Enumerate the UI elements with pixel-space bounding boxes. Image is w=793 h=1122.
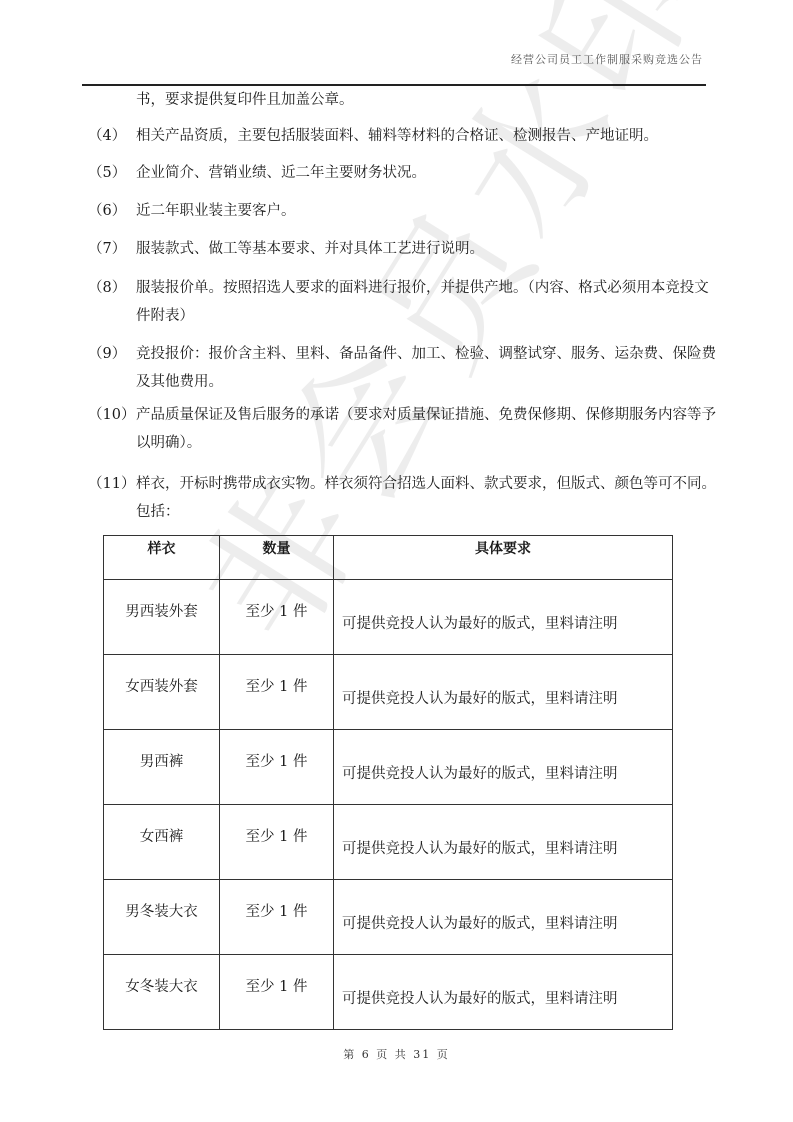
table-row: 女西裤 至少 1 件 可提供竞投人认为最好的版式，里料请注明: [104, 805, 673, 880]
cell-requirement: 可提供竞投人认为最好的版式，里料请注明: [334, 805, 673, 880]
cell-sample: 男冬装大衣: [104, 880, 220, 955]
item-number: （4）: [88, 122, 138, 150]
cell-sample: 女西裤: [104, 805, 220, 880]
table-row: 女西装外套 至少 1 件 可提供竞投人认为最好的版式，里料请注明: [104, 655, 673, 730]
list-item: （6） 近二年职业装主要客户。: [88, 197, 718, 225]
list-item: （8） 服装报价单。按照招选人要求的面料进行报价，并提供产地。（内容、格式必须用…: [88, 274, 718, 330]
cell-quantity: 至少 1 件: [220, 730, 334, 805]
item-number: （8）: [88, 274, 138, 302]
cell-requirement: 可提供竞投人认为最好的版式，里料请注明: [334, 655, 673, 730]
cell-sample: 女冬装大衣: [104, 955, 220, 1030]
column-header-quantity: 数量: [220, 536, 334, 580]
table-header-row: 样衣 数量 具体要求: [104, 536, 673, 580]
cell-sample: 男西裤: [104, 730, 220, 805]
cell-quantity: 至少 1 件: [220, 580, 334, 655]
cell-quantity: 至少 1 件: [220, 880, 334, 955]
item-text: 样衣，开标时携带成衣实物。样衣须符合招选人面料、款式要求，但版式、颜色等可不同。…: [136, 470, 718, 526]
table-row: 男西装外套 至少 1 件 可提供竞投人认为最好的版式，里料请注明: [104, 580, 673, 655]
item-number: （9）: [88, 340, 138, 368]
item-text: 竞投报价：报价含主料、里料、备品备件、加工、检验、调整试穿、服务、运杂费、保险费…: [136, 340, 718, 396]
cell-requirement: 可提供竞投人认为最好的版式，里料请注明: [334, 730, 673, 805]
list-item: （10） 产品质量保证及售后服务的承诺（要求对质量保证措施、免费保修期、保修期服…: [88, 401, 718, 457]
cell-quantity: 至少 1 件: [220, 655, 334, 730]
item-number: （11）: [88, 470, 138, 498]
column-header-requirements: 具体要求: [334, 536, 673, 580]
column-header-sample: 样衣: [104, 536, 220, 580]
item-number: （10）: [88, 401, 138, 429]
cell-sample: 女西装外套: [104, 655, 220, 730]
list-item: （9） 竞投报价：报价含主料、里料、备品备件、加工、检验、调整试穿、服务、运杂费…: [88, 340, 718, 396]
cell-sample: 男西装外套: [104, 580, 220, 655]
cell-quantity: 至少 1 件: [220, 955, 334, 1030]
item-number: （5）: [88, 159, 138, 187]
document-header-title: 经营公司员工工作制服采购竞选公告: [511, 51, 703, 67]
list-item: （11） 样衣，开标时携带成衣实物。样衣须符合招选人面料、款式要求，但版式、颜色…: [88, 470, 718, 526]
list-item: （4） 相关产品资质，主要包括服装面料、辅料等材料的合格证、检测报告、产地证明。: [88, 122, 718, 150]
table-row: 男冬装大衣 至少 1 件 可提供竞投人认为最好的版式，里料请注明: [104, 880, 673, 955]
item-text: 企业简介、营销业绩、近二年主要财务状况。: [136, 159, 718, 187]
item-number: （6）: [88, 197, 138, 225]
cell-requirement: 可提供竞投人认为最好的版式，里料请注明: [334, 580, 673, 655]
cell-requirement: 可提供竞投人认为最好的版式，里料请注明: [334, 955, 673, 1030]
item-text: 服装报价单。按照招选人要求的面料进行报价，并提供产地。（内容、格式必须用本竞投文…: [136, 274, 718, 330]
table-row: 男西裤 至少 1 件 可提供竞投人认为最好的版式，里料请注明: [104, 730, 673, 805]
list-item: （7） 服装款式、做工等基本要求、并对具体工艺进行说明。: [88, 235, 718, 263]
cell-requirement: 可提供竞投人认为最好的版式，里料请注明: [334, 880, 673, 955]
list-item: （5） 企业简介、营销业绩、近二年主要财务状况。: [88, 159, 718, 187]
item-text: 产品质量保证及售后服务的承诺（要求对质量保证措施、免费保修期、保修期服务内容等予…: [136, 401, 718, 457]
item-text: 相关产品资质，主要包括服装面料、辅料等材料的合格证、检测报告、产地证明。: [136, 122, 718, 150]
table-row: 女冬装大衣 至少 1 件 可提供竞投人认为最好的版式，里料请注明: [104, 955, 673, 1030]
page-number: 第 6 页 共 31 页: [0, 1046, 793, 1062]
sample-garments-table: 样衣 数量 具体要求 男西装外套 至少 1 件 可提供竞投人认为最好的版式，里料…: [103, 535, 673, 1030]
item-text: 服装款式、做工等基本要求、并对具体工艺进行说明。: [136, 235, 718, 263]
item-text: 近二年职业装主要客户。: [136, 197, 718, 225]
cell-quantity: 至少 1 件: [220, 805, 334, 880]
item-number: （7）: [88, 235, 138, 263]
continuation-text: 书，要求提供复印件且加盖公章。: [136, 86, 354, 114]
